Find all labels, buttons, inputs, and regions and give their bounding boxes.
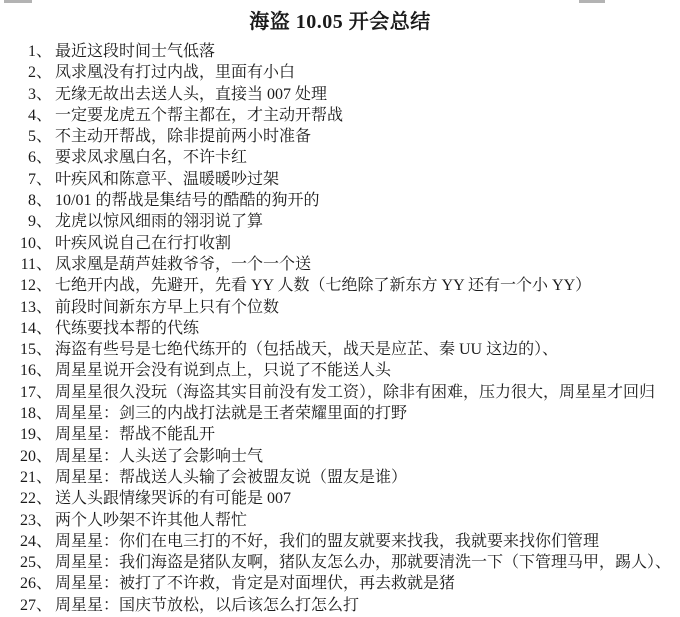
list-item-text: 周星星：剑三的内战打法就是王者荣耀里面的打野 [55,403,407,424]
list-item-number: 10、 [18,233,52,254]
list-item-number: 25、 [18,552,52,573]
list-item-number: 14、 [18,318,52,339]
list-item: 25、周星星：我们海盗是猪队友啊，猪队友怎么办，那就要清洗一下（下管理马甲，踢人… [18,552,680,573]
list-item: 20、周星星：人头送了会影响士气 [18,446,680,467]
list-item: 8、10/01 的帮战是集结号的酷酷的狗开的 [18,190,680,211]
list-item-number: 11、 [18,254,52,275]
list-item-number: 27、 [18,595,52,616]
list-item-text: 凤求凰没有打过内战，里面有小白 [55,62,295,83]
list-item-number: 22、 [18,488,52,509]
list-item-number: 24、 [18,531,52,552]
list-item-text: 最近这段时间士气低落 [55,41,215,62]
list-item-text: 一定要龙虎五个帮主都在，才主动开帮战 [55,105,343,126]
list-item-text: 周星星：国庆节放松，以后该怎么打怎么打 [55,595,359,616]
list-item: 15、海盗有些号是七绝代练开的（包括战天，战天是应芷、秦 UU 这边的）、 [18,339,680,360]
list-item-text: 叶疾风和陈意平、温暖暖吵过架 [55,169,279,190]
list-item: 26、周星星：被打了不许救，肯定是对面埋伏，再去救就是猪 [18,573,680,594]
list-item: 16、周星星说开会没有说到点上，只说了不能送人头 [18,360,680,381]
list-item: 22、送人头跟情缘哭诉的有可能是 007 [18,488,680,509]
list-item-text: 前段时间新东方早上只有个位数 [55,297,279,318]
list-item: 4、一定要龙虎五个帮主都在，才主动开帮战 [18,105,680,126]
list-item-text: 周星星：帮战送人头输了会被盟友说（盟友是谁） [55,467,407,488]
list-item: 23、两个人吵架不许其他人帮忙 [18,510,680,531]
list-item-number: 3、 [18,84,52,105]
list-item-text: 无缘无故出去送人头，直接当 007 处理 [55,84,327,105]
screen-artifact-top-right [579,0,605,3]
list-item-text: 要求凤求凰白名，不许卡红 [55,147,247,168]
list-item-text: 七绝开内战，先避开，先看 YY 人数（七绝除了新东方 YY 还有一个小 YY） [55,275,591,296]
list-item: 3、无缘无故出去送人头，直接当 007 处理 [18,84,680,105]
list-item: 6、要求凤求凰白名，不许卡红 [18,147,680,168]
list-item-number: 18、 [18,403,52,424]
list-item-number: 17、 [18,382,52,403]
list-item-number: 5、 [18,126,52,147]
list-item: 12、七绝开内战，先避开，先看 YY 人数（七绝除了新东方 YY 还有一个小 Y… [18,275,680,296]
list-item: 9、龙虎以惊风细雨的翎羽说了算 [18,211,680,232]
list-item-number: 9、 [18,211,52,232]
list-item-text: 叶疾风说自己在行打收割 [55,233,231,254]
list-item: 1、最近这段时间士气低落 [18,41,680,62]
list-item: 5、不主动开帮战，除非提前两小时准备 [18,126,680,147]
list-item-number: 13、 [18,297,52,318]
list-item: 27、周星星：国庆节放松，以后该怎么打怎么打 [18,595,680,616]
list-item-number: 8、 [18,190,52,211]
list-item-text: 代练要找本帮的代练 [55,318,199,339]
list-item-text: 两个人吵架不许其他人帮忙 [55,510,247,531]
list-item: 2、凤求凰没有打过内战，里面有小白 [18,62,680,83]
list-item-number: 1、 [18,41,52,62]
list-item: 18、周星星：剑三的内战打法就是王者荣耀里面的打野 [18,403,680,424]
list-item-number: 19、 [18,424,52,445]
list-item-number: 21、 [18,467,52,488]
list-item: 17、周星星很久没玩（海盗其实目前没有发工资），除非有困难，压力很大，周星星才回… [18,382,680,403]
list-item: 11、凤求凰是葫芦娃救爷爷，一个一个送 [18,254,680,275]
list-item-number: 20、 [18,446,52,467]
list-item-number: 6、 [18,147,52,168]
list-item-text: 周星星：我们海盗是猪队友啊，猪队友怎么办，那就要清洗一下（下管理马甲，踢人）、 [55,552,671,573]
list-item-number: 23、 [18,510,52,531]
page-title: 海盗 10.05 开会总结 [0,10,680,34]
list-item-number: 7、 [18,169,52,190]
list-item-text: 送人头跟情缘哭诉的有可能是 007 [55,488,291,509]
list-item: 21、周星星：帮战送人头输了会被盟友说（盟友是谁） [18,467,680,488]
document-page: 海盗 10.05 开会总结 1、最近这段时间士气低落2、凤求凰没有打过内战，里面… [0,10,680,616]
list-item-text: 周星星：帮战不能乱开 [55,424,215,445]
list-item-number: 2、 [18,62,52,83]
meeting-notes-list: 1、最近这段时间士气低落2、凤求凰没有打过内战，里面有小白3、无缘无故出去送人头… [0,41,680,616]
list-item-text: 周星星很久没玩（海盗其实目前没有发工资），除非有困难，压力很大，周星星才回归 [55,382,655,403]
list-item-text: 海盗有些号是七绝代练开的（包括战天，战天是应芷、秦 UU 这边的）、 [55,339,558,360]
list-item: 13、前段时间新东方早上只有个位数 [18,297,680,318]
list-item-text: 10/01 的帮战是集结号的酷酷的狗开的 [55,190,319,211]
list-item-text: 不主动开帮战，除非提前两小时准备 [55,126,311,147]
list-item-text: 周星星：你们在电三打的不好，我们的盟友就要来找我，我就要来找你们管理 [55,531,599,552]
list-item-text: 周星星：被打了不许救，肯定是对面埋伏，再去救就是猪 [55,573,455,594]
list-item-text: 周星星：人头送了会影响士气 [55,446,263,467]
list-item-number: 12、 [18,275,52,296]
list-item-text: 凤求凰是葫芦娃救爷爷，一个一个送 [55,254,311,275]
list-item-number: 15、 [18,339,52,360]
list-item-text: 龙虎以惊风细雨的翎羽说了算 [55,211,263,232]
list-item: 7、叶疾风和陈意平、温暖暖吵过架 [18,169,680,190]
list-item-number: 4、 [18,105,52,126]
list-item: 19、周星星：帮战不能乱开 [18,424,680,445]
list-item-text: 周星星说开会没有说到点上，只说了不能送人头 [55,360,391,381]
list-item-number: 26、 [18,573,52,594]
list-item: 24、周星星：你们在电三打的不好，我们的盟友就要来找我，我就要来找你们管理 [18,531,680,552]
list-item: 14、代练要找本帮的代练 [18,318,680,339]
list-item-number: 16、 [18,360,52,381]
screen-artifact-top-left [4,0,32,3]
list-item: 10、叶疾风说自己在行打收割 [18,233,680,254]
